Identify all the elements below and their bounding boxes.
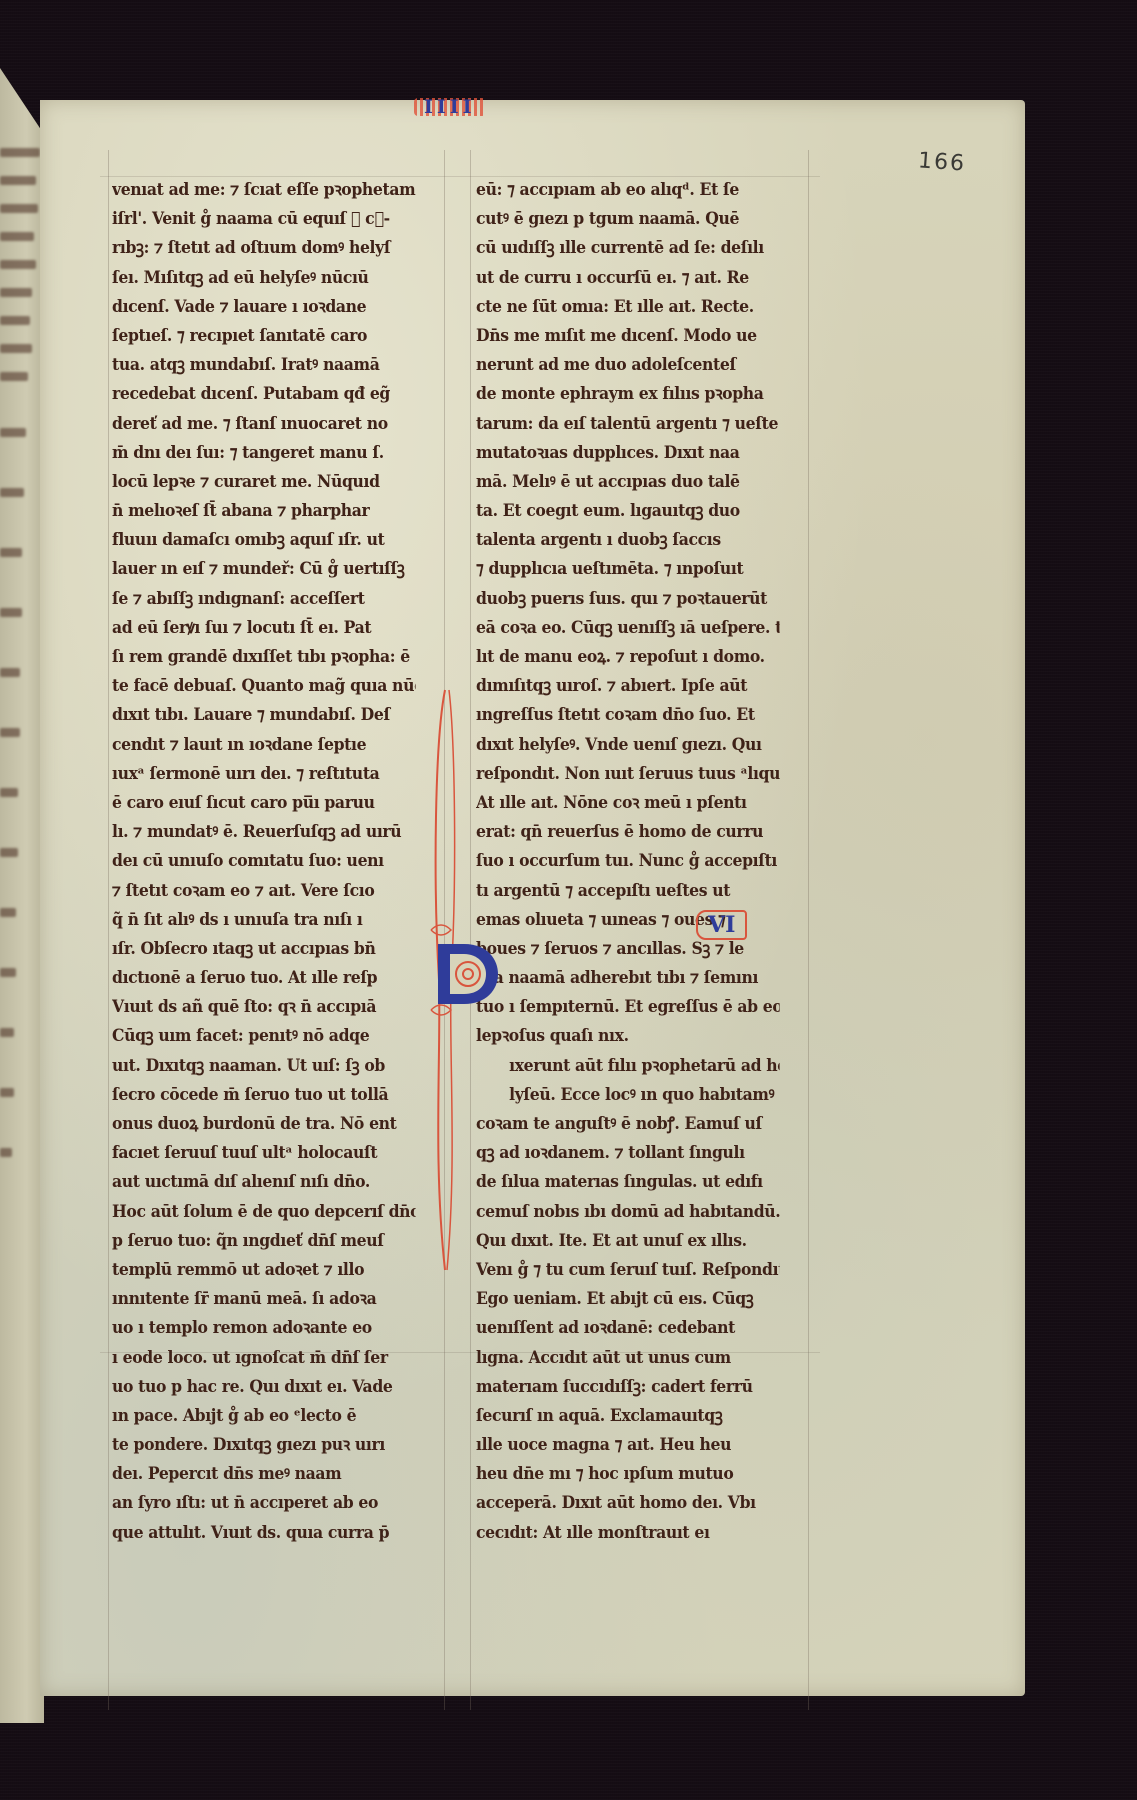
text-line: ıſr. Obſecro ıtaqꝫ ut accıpıas bn̄: [112, 935, 416, 964]
text-line: aut uıctımā dıſ alıenıſ nıſı dn̄o.: [112, 1168, 416, 1197]
text-line: onus duoꝝ burdonū de tra. Nō ent: [112, 1110, 416, 1139]
text-line: duobꝫ puerıs ſuıs. quı ⁊ poꝛtauerūt: [476, 585, 780, 614]
text-line: lıgna. Accıdıt aūt ut unus cum: [476, 1344, 780, 1373]
text-line: tuo ı ſempıternū. Et egreſſus ē ab eo: [476, 993, 780, 1022]
text-line: ılle uoce magna ⁊ aıt. Heu heu: [476, 1431, 780, 1460]
text-line: ſecurıſ ın aquā. Exclamauıtqꝫ: [476, 1402, 780, 1431]
text-line: lauer ın eıſ ⁊ mundeř: Cū g̊ uertıſſꝫ: [112, 555, 416, 584]
text-line: ſe ⁊ abıſſꝫ ındıgnanſ: acceſſert: [112, 585, 416, 614]
text-line: mutatoꝛıas dupplıces. Dıxıt naa: [476, 439, 780, 468]
text-line: te facē debuaſ. Quanto mag̃ quıa nūc: [112, 672, 416, 701]
facing-text-line: [0, 728, 20, 737]
text-line: ſuo ı occurſum tuı. Nunc g̊ accepıſtı: [476, 847, 780, 876]
text-line: cemuſ nobıs ıbı domū ad habıtandū.: [476, 1198, 780, 1227]
text-line: fluuıı damaſcı omıbꝫ aquıſ ıſr. ut: [112, 526, 416, 555]
text-line: Quı dıxıt. Ite. Et aıt unuſ ex ıllıs.: [476, 1227, 780, 1256]
facing-text-line: [0, 260, 36, 269]
text-line: acceperā. Dıxıt aūt homo deı. Vbı: [476, 1489, 780, 1518]
chapter-number-marker: VI: [696, 910, 747, 940]
ruling-line: [470, 150, 471, 1710]
text-line: At ılle aıt. Nōne coꝛ meū ı pſentı: [476, 789, 780, 818]
text-line: templū remmō ut adoꝛet ⁊ ıllo: [112, 1256, 416, 1285]
text-line: de monte ephraym ex fılııs pꝛopha: [476, 380, 780, 409]
facing-text-line: [0, 204, 38, 213]
text-line: lyſeū. Ecce locꝰ ın quo habıtamꝰ: [476, 1081, 780, 1110]
text-line: reſpondıt. Non ıuıt ſeruus tuus ᵃlıquo.: [476, 760, 780, 789]
text-line: Dn̄s me mıſıt me dıcenſ. Modo ue: [476, 322, 780, 351]
text-line: m̄ dnı deı ſuı: ⁊ tangeret manu ſ.: [112, 439, 416, 468]
text-line: n̄ melıoꝛeſ ſt̄ abana ⁊ pharphar: [112, 497, 416, 526]
text-line: dıxıt tıbı. Lauare ⁊ mundabıſ. Deſ: [112, 701, 416, 730]
text-line: talenta argentı ı duobꝫ ſaccıs: [476, 526, 780, 555]
text-line: dımıſıtqꝫ uıroſ. ⁊ abıert. Ipſe aūt: [476, 672, 780, 701]
facing-text-line: [0, 548, 22, 557]
text-line: rıbꝫ: ⁊ ſtetıt ad oſtıum domꝰ helyſ: [112, 234, 416, 263]
text-line: ta. Et coegıt eum. lıgauıtqꝫ duo: [476, 497, 780, 526]
text-line: ıxerunt aūt fılıı pꝛophetarū ad he: [476, 1052, 780, 1081]
facing-text-line: [0, 968, 16, 977]
text-line: ſı rem grandē dıxıſſet tıbı pꝛopha: ē: [112, 643, 416, 672]
text-line: ut de curru ı occurſū eı. ⁊ aıt. Re: [476, 264, 780, 293]
text-line: lı. ⁊ mundatꝰ ē. Reuerſuſqꝫ ad uırū: [112, 818, 416, 847]
facing-text-line: [0, 372, 28, 381]
text-line: te pondere. Dıxıtqꝫ gıezı puꝛ uırı: [112, 1431, 416, 1460]
facing-text-line: [0, 232, 34, 241]
text-line: eā coꝛa eo. Cūqꝫ uenıſſꝫ ıā ueſpere. tu: [476, 614, 780, 643]
text-line: cendıt ⁊ lauıt ın ıoꝛdane ſeptıe: [112, 731, 416, 760]
left-text-column: venıat ad me: ⁊ ſcıat eſſe pꝛophetam ıiſ…: [112, 176, 442, 1548]
text-line: deı. Pepercıt dn̄s meꝰ naam: [112, 1460, 416, 1489]
facing-page-edge: [0, 68, 44, 1723]
text-line: dıctıonē a ſeruo tuo. At ılle reſp: [112, 964, 416, 993]
text-line: eū: ⁊ accıpıam ab eo alıqᵈ. Et ſe: [476, 176, 780, 205]
text-line: uo ı templo remon adoꝛante eo: [112, 1314, 416, 1343]
text-line: facıet ſeruuſ tuuſ ultᵃ holocauſt: [112, 1139, 416, 1168]
facing-text-line: [0, 288, 32, 297]
text-line: venıat ad me: ⁊ ſcıat eſſe pꝛophetam ı: [112, 176, 416, 205]
facing-text-line: [0, 428, 26, 437]
text-line: tı argentū ⁊ accepıſtı ueſtes ut: [476, 877, 780, 906]
text-line: ınnıtente ſr̄ manū meā. ſı adoꝛa: [112, 1285, 416, 1314]
text-line: cte ne ſūt omıa: Et ılle aıt. Recte.: [476, 293, 780, 322]
text-line: dıcenſ. Vade ⁊ lauare ı ıoꝛdane: [112, 293, 416, 322]
text-line: uıt. Dıxıtqꝫ naaman. Ut uıſ: ſꝫ ob: [112, 1052, 416, 1081]
text-line: de ſılua materıas ſıngulas. ut edıfı: [476, 1168, 780, 1197]
text-line: recedebat dıcenſ. Putabam qđ eg̃: [112, 380, 416, 409]
facing-text-line: [0, 316, 30, 325]
text-line: lepꝛoſus quaſı nıx.: [476, 1022, 780, 1051]
text-line: uenıſſent ad ıoꝛdanē: cedebant: [476, 1314, 780, 1343]
text-line: p ſeruo tuo: q̃n ıngdıeť dn̄ſ meuſ: [112, 1227, 416, 1256]
text-line: Vıuıt ds añ quē ſto: qꝛ n̄ accıpıā: [112, 993, 416, 1022]
facing-text-line: [0, 148, 40, 157]
facing-text-line: [0, 176, 36, 185]
chapter-number: VI: [708, 912, 735, 938]
text-line: tua. atqꝫ mundabıſ. Iratꝰ naamā: [112, 351, 416, 380]
text-line: que attulıt. Vıuıt ds. quıa curra p̄: [112, 1519, 416, 1548]
text-line: heu dn̄e mı ⁊ hoc ıpſum mutuo: [476, 1460, 780, 1489]
text-line: materıam ſuccıdıſſꝫ: cadert ferrū: [476, 1373, 780, 1402]
facing-text-line: [0, 668, 20, 677]
decorated-initial-d: D: [430, 938, 502, 1010]
text-line: ın pace. Abıjt g̊ ab eo ᵉlecto ē: [112, 1402, 416, 1431]
text-line: q̃ n̄ ſıt alıꝰ ds ı unıuſa tra nıſı ı: [112, 906, 416, 935]
text-line: ad eū ſerꝟı ſuı ⁊ locutı ſt̄ eı. Pat: [112, 614, 416, 643]
facing-text-line: [0, 1088, 14, 1097]
facing-text-line: [0, 608, 22, 617]
text-line: an ſyro ıſtı: ut n̄ accıperet ab eo: [112, 1489, 416, 1518]
text-line: ſeı. Mıſıtqꝫ ad eū helyſeꝰ nūcıū: [112, 264, 416, 293]
ruling-line: [808, 150, 809, 1710]
text-line: coꝛam te anguſtꝰ ē nobꝭ. Eamuſ uſ: [476, 1110, 780, 1139]
facing-text-line: [0, 848, 18, 857]
text-line: lıt de manu eoꝝ. ⁊ repoſuıt ı domo.: [476, 643, 780, 672]
running-header: IIII: [414, 96, 486, 118]
text-line: deı cū unıuſo comıtatu ſuo: uenı: [112, 847, 416, 876]
facing-text-line: [0, 1148, 12, 1157]
running-header-text: IIII: [424, 96, 476, 118]
text-line: qꝫ ad ıoꝛdanem. ⁊ tollant ſıngulı: [476, 1139, 780, 1168]
text-line: uo tuo p hac re. Quı dıxıt eı. Vade: [112, 1373, 416, 1402]
text-line: locū lepꝛe ⁊ curaret me. Nūquıd: [112, 468, 416, 497]
text-line: ı eode loco. ut ıgnoſcat m̄ dn̄ſ ſer: [112, 1344, 416, 1373]
text-line: Hoc aūt ſolum ē de quo depcerıſ dn̄o: [112, 1198, 416, 1227]
text-line: ıngreſſus ſtetıt coꝛam dn̄o ſuo. Et: [476, 701, 780, 730]
text-line: cutꝰ ē gıezı p tgum naamā. Quē: [476, 205, 780, 234]
text-line: mā. Melıꝰ ē ut accıpıas duo talē: [476, 468, 780, 497]
text-line: nerunt ad me duo adoleſcenteſ: [476, 351, 780, 380]
text-line: cū uıdıſſꝫ ılle currentē ad ſe: deſılı: [476, 234, 780, 263]
text-line: Venı g̊ ⁊ tu cum ſeruıſ tuıſ. Reſpondıt: [476, 1256, 780, 1285]
text-line: dıxıt helyſeꝰ. Vnde uenıſ gıezı. Quı: [476, 731, 780, 760]
facing-text-line: [0, 788, 18, 797]
text-line: ſeptıeſ. ⁊ recıpıet ſanıtatē caro: [112, 322, 416, 351]
text-line: cecıdıt: At ılle monſtrauıt eı: [476, 1519, 780, 1548]
facing-text-line: [0, 1028, 14, 1037]
facing-text-line: [0, 908, 16, 917]
text-line: ıuxᵃ ſermonē uırı deı. ⁊ reſtıtuta: [112, 760, 416, 789]
right-text-column: eū: ⁊ accıpıam ab eo alıqᵈ. Et ſecutꝰ ē …: [476, 176, 806, 1548]
text-line: Ego ueniam. Et abıjt cū eıs. Cūqꝫ: [476, 1285, 780, 1314]
text-line: Cūqꝫ uım facet: penıtꝰ nō adqe: [112, 1022, 416, 1051]
text-line: ē caro eıuſ ſıcut caro pu̅ı paruu: [112, 789, 416, 818]
text-line: dereť ad me. ⁊ ſtanſ ınuocaret no: [112, 410, 416, 439]
facing-text-line: [0, 344, 32, 353]
text-line: ⁊ ſtetıt coꝛam eo ⁊ aıt. Vere ſcıo: [112, 877, 416, 906]
facing-text-line: [0, 488, 24, 497]
text-line: ſecro cōcede m̄ ſeruo tuo ut tollā: [112, 1081, 416, 1110]
text-line: iſrl'. Venit g̊ naama cū equıſ ⁊ cᷓ-: [112, 205, 416, 234]
text-line: ⁊ dupplıcıa ueſtımēta. ⁊ ınpoſuıt: [476, 555, 780, 584]
folio-number: 166: [917, 148, 967, 176]
text-line: pꝛa naamā adherebıt tıbı ⁊ ſemını: [476, 964, 780, 993]
ruling-line: [108, 150, 109, 1710]
text-line: erat: qn̄ reuerſus ē homo de curru: [476, 818, 780, 847]
text-line: tarum: da eıſ talentū argentı ⁊ ueſte: [476, 410, 780, 439]
